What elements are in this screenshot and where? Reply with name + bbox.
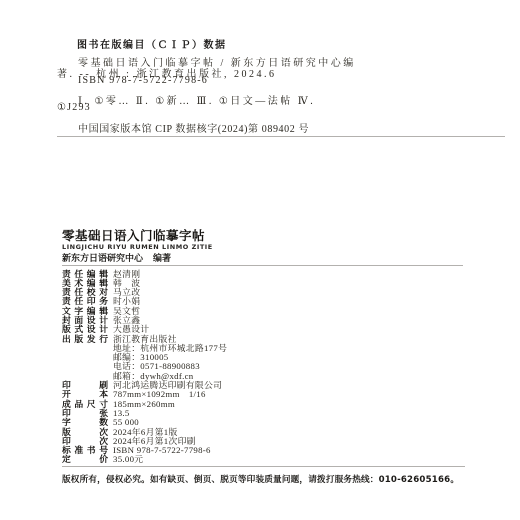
cip-registry-line: 中国国家版本馆 CIP 数据核字(2024)第 089402 号	[78, 120, 309, 135]
cip-divider-rule	[57, 136, 505, 137]
colophon-value: 35.00元	[113, 455, 143, 464]
author-role: 编著	[153, 254, 171, 264]
colophon-label: 出版发行	[62, 336, 108, 345]
cip-heading: 图书在版编目（ＣＩＰ）数据	[77, 36, 227, 51]
colophon-row: 定价 35.00元	[62, 455, 462, 464]
colophon-label: 定价	[62, 456, 108, 465]
book-title-pinyin: LINGJICHU RIYU RUMEN LINMO ZITIE	[62, 243, 213, 251]
copyright-page: 图书在版编目（ＣＩＰ）数据 零基础日语入门临摹字帖 / 新东方日语研究中心编 著…	[0, 0, 520, 520]
cip-classification-line-1: Ⅰ. ①零… Ⅱ. ①新… Ⅲ. ①日文—法帖 Ⅳ.	[78, 92, 315, 107]
author-line: 新东方日语研究中心编著	[62, 251, 171, 264]
cip-classification-line-2: ①J293	[57, 102, 91, 113]
book-title: 零基础日语入门临摹字帖	[62, 226, 205, 244]
title-divider-rule	[62, 265, 463, 266]
author-name: 新东方日语研究中心	[62, 254, 143, 264]
cip-isbn-line: ISBN 978-7-5722-7798-6	[78, 75, 208, 86]
colophon-rows: 责任编辑 赵清刚 美术编辑 韩 波 责任校对 马立改 责任印务 时小娟 文字编辑…	[62, 270, 462, 465]
bottom-divider-rule	[62, 466, 465, 467]
copyright-notice: 版权所有，侵权必究。如有缺页、倒页、脱页等印装质量问题，请拨打服务热线：010-…	[62, 473, 459, 485]
